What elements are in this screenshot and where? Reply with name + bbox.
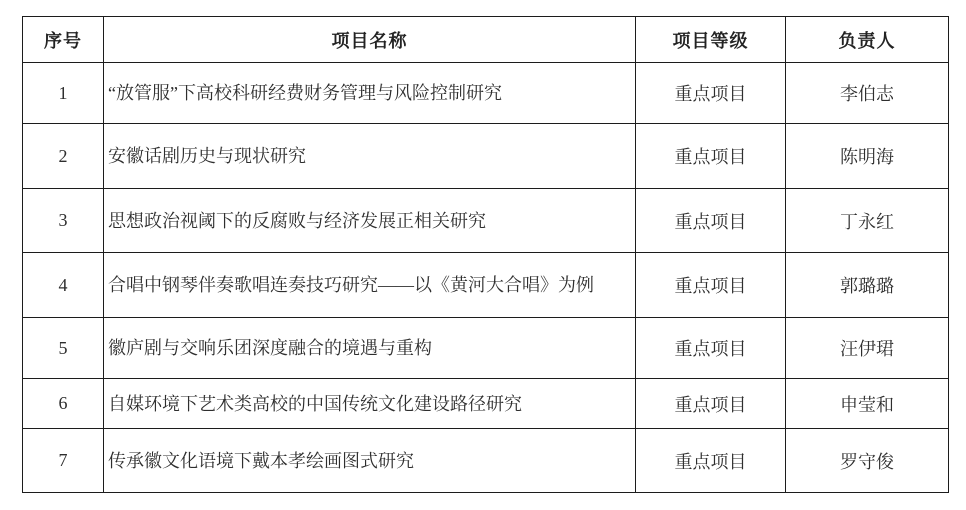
header-cell-no: 序号 — [23, 17, 104, 63]
table-row: 3 思想政治视阈下的反腐败与经济发展正相关研究 重点项目 丁永红 — [23, 189, 949, 253]
header-cell-leader: 负责人 — [786, 17, 949, 63]
project-name-cell: “放管服”下高校科研经费财务管理与风险控制研究 — [104, 63, 636, 124]
row-number-cell: 1 — [23, 63, 104, 124]
leader-cell: 陈明海 — [786, 124, 949, 189]
leader-cell: 汪伊珺 — [786, 318, 949, 379]
project-level-cell: 重点项目 — [636, 189, 786, 253]
project-name-cell: 徽庐剧与交响乐团深度融合的境遇与重构 — [104, 318, 636, 379]
leader-cell: 丁永红 — [786, 189, 949, 253]
table-row: 4 合唱中钢琴伴奏歌唱连奏技巧研究——以《黄河大合唱》为例 重点项目 郭璐璐 — [23, 253, 949, 318]
project-level-cell: 重点项目 — [636, 429, 786, 493]
leader-cell: 申莹和 — [786, 379, 949, 429]
row-number-cell: 3 — [23, 189, 104, 253]
table-row: 5 徽庐剧与交响乐团深度融合的境遇与重构 重点项目 汪伊珺 — [23, 318, 949, 379]
header-cell-project-level: 项目等级 — [636, 17, 786, 63]
project-list-table: 序号 项目名称 项目等级 负责人 1 “放管服”下高校科研经费财务管理与风险控制… — [22, 16, 949, 493]
project-name-cell: 安徽话剧历史与现状研究 — [104, 124, 636, 189]
project-level-cell: 重点项目 — [636, 63, 786, 124]
row-number-cell: 2 — [23, 124, 104, 189]
project-level-cell: 重点项目 — [636, 124, 786, 189]
leader-cell: 罗守俊 — [786, 429, 949, 493]
table-row: 1 “放管服”下高校科研经费财务管理与风险控制研究 重点项目 李伯志 — [23, 63, 949, 124]
project-level-cell: 重点项目 — [636, 379, 786, 429]
table-row: 7 传承徽文化语境下戴本孝绘画图式研究 重点项目 罗守俊 — [23, 429, 949, 493]
project-name-cell: 传承徽文化语境下戴本孝绘画图式研究 — [104, 429, 636, 493]
table-header-row: 序号 项目名称 项目等级 负责人 — [23, 17, 949, 63]
leader-cell: 李伯志 — [786, 63, 949, 124]
project-name-cell: 自媒环境下艺术类高校的中国传统文化建设路径研究 — [104, 379, 636, 429]
row-number-cell: 4 — [23, 253, 104, 318]
project-level-cell: 重点项目 — [636, 318, 786, 379]
leader-cell: 郭璐璐 — [786, 253, 949, 318]
row-number-cell: 6 — [23, 379, 104, 429]
header-cell-project-name: 项目名称 — [104, 17, 636, 63]
row-number-cell: 7 — [23, 429, 104, 493]
row-number-cell: 5 — [23, 318, 104, 379]
project-level-cell: 重点项目 — [636, 253, 786, 318]
project-name-cell: 合唱中钢琴伴奏歌唱连奏技巧研究——以《黄河大合唱》为例 — [104, 253, 636, 318]
project-name-cell: 思想政治视阈下的反腐败与经济发展正相关研究 — [104, 189, 636, 253]
table-row: 2 安徽话剧历史与现状研究 重点项目 陈明海 — [23, 124, 949, 189]
table-row: 6 自媒环境下艺术类高校的中国传统文化建设路径研究 重点项目 申莹和 — [23, 379, 949, 429]
